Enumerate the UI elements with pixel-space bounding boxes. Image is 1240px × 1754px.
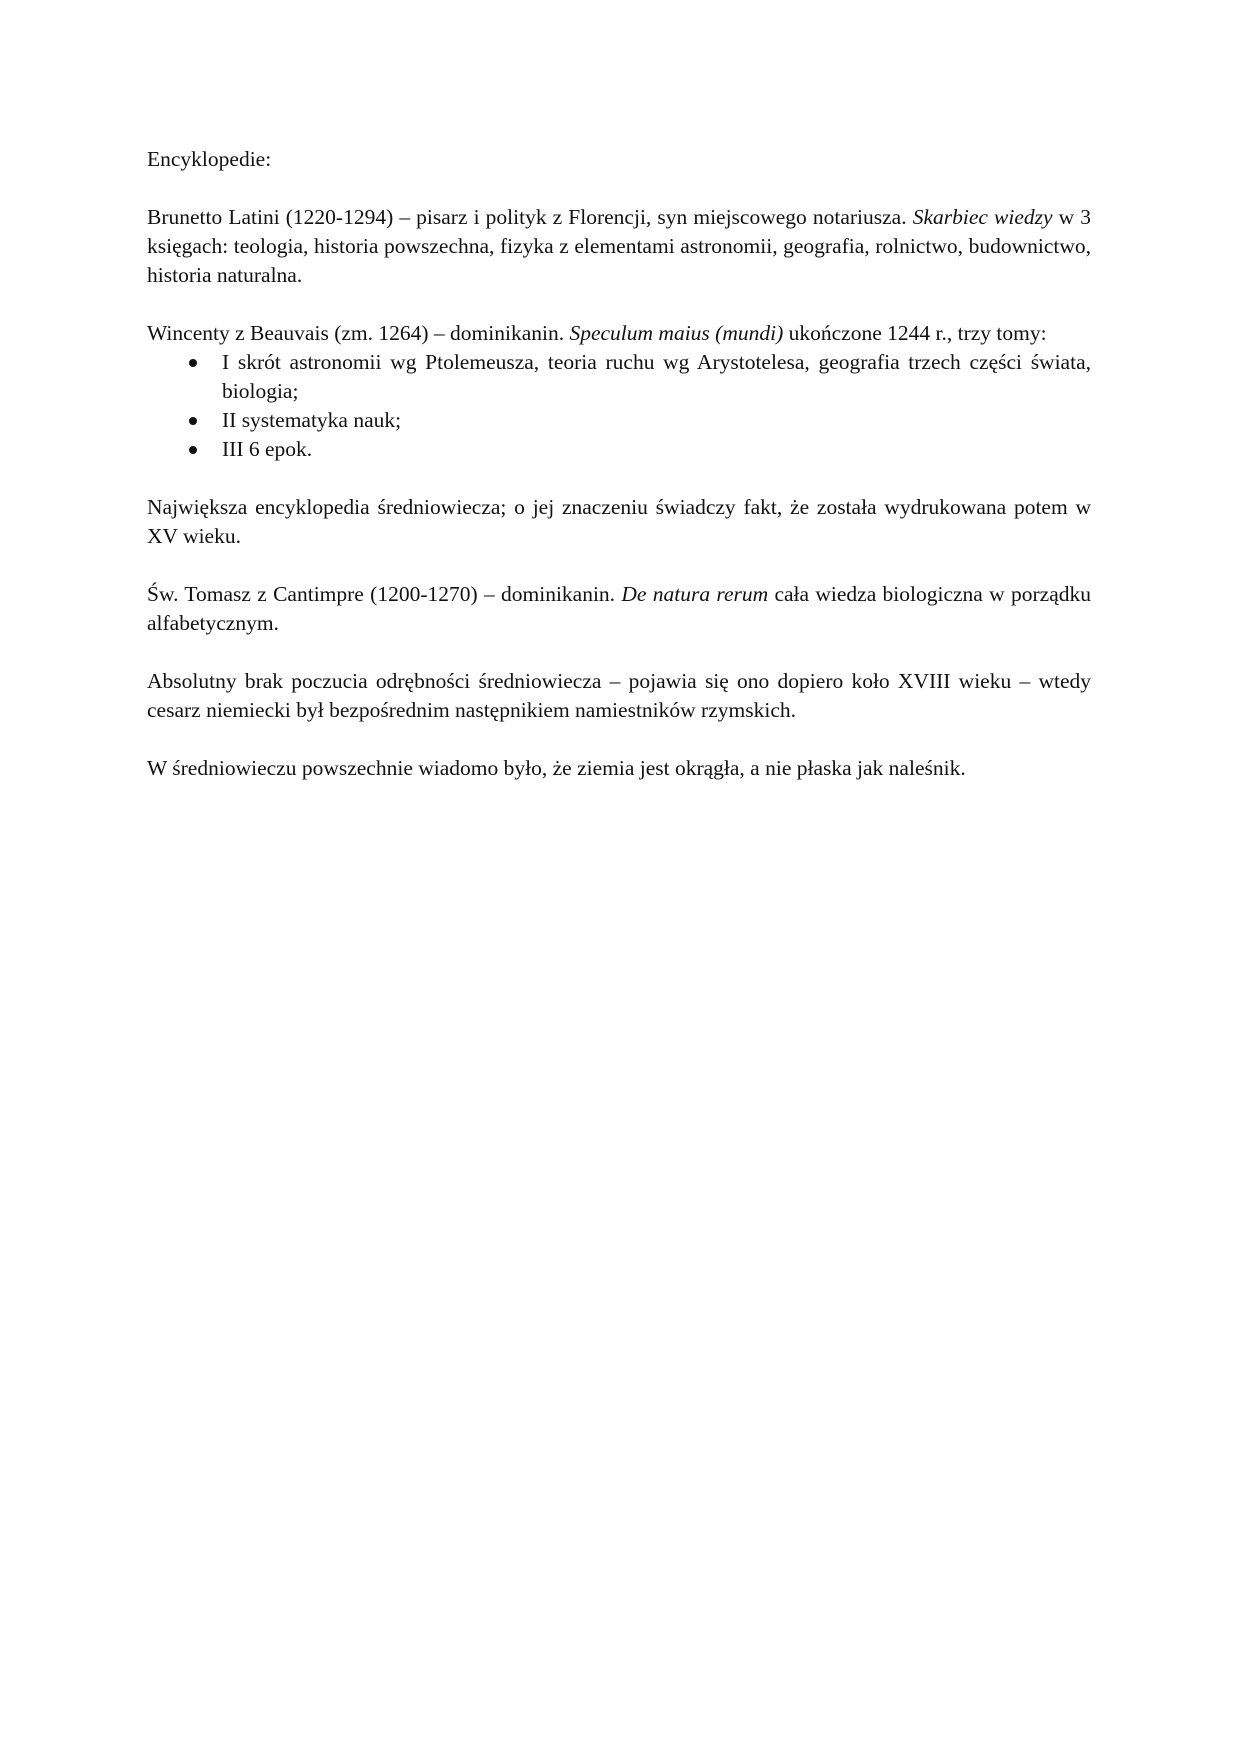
list-item: III 6 epok. bbox=[147, 435, 1091, 464]
list-item-text: II systematyka nauk; bbox=[222, 408, 401, 432]
list-item-text: I skrót astronomii wg Ptolemeusza, teori… bbox=[222, 350, 1091, 403]
latini-text-1: Brunetto Latini (1220-1294) – pisarz i p… bbox=[147, 205, 913, 229]
paragraph-largest-encyclopedia: Największa encyklopedia średniowiecza; o… bbox=[147, 493, 1091, 551]
paragraph-tomasz-z-cantimpre: Św. Tomasz z Cantimpre (1200-1270) – dom… bbox=[147, 580, 1091, 638]
beauvais-text-2: ukończone 1244 r., trzy tomy: bbox=[783, 321, 1046, 345]
paragraph-round-earth: W średniowieczu powszechnie wiadomo było… bbox=[147, 754, 1091, 783]
bullet-icon bbox=[189, 417, 197, 425]
list-item-text: III 6 epok. bbox=[222, 437, 312, 461]
paragraph-wincenty-z-beauvais: Wincenty z Beauvais (zm. 1264) – dominik… bbox=[147, 319, 1091, 348]
document-heading: Encyklopedie: bbox=[147, 145, 1091, 174]
cantimpre-text-1: Św. Tomasz z Cantimpre (1200-1270) – dom… bbox=[147, 582, 621, 606]
cantimpre-title-italic: De natura rerum bbox=[621, 582, 768, 606]
bullet-icon bbox=[189, 359, 197, 367]
paragraph-absolute-lack: Absolutny brak poczucia odrębności średn… bbox=[147, 667, 1091, 725]
beauvais-text-1: Wincenty z Beauvais (zm. 1264) – dominik… bbox=[147, 321, 569, 345]
list-item: I skrót astronomii wg Ptolemeusza, teori… bbox=[147, 348, 1091, 406]
volumes-list: I skrót astronomii wg Ptolemeusza, teori… bbox=[147, 348, 1091, 464]
paragraph-brunetto-latini: Brunetto Latini (1220-1294) – pisarz i p… bbox=[147, 203, 1091, 290]
document-page: Encyklopedie: Brunetto Latini (1220-1294… bbox=[147, 145, 1091, 812]
bullet-icon bbox=[189, 446, 197, 454]
list-item: II systematyka nauk; bbox=[147, 406, 1091, 435]
beauvais-title-italic: Speculum maius (mundi) bbox=[569, 321, 783, 345]
latini-title-italic: Skarbiec wiedzy bbox=[913, 205, 1053, 229]
